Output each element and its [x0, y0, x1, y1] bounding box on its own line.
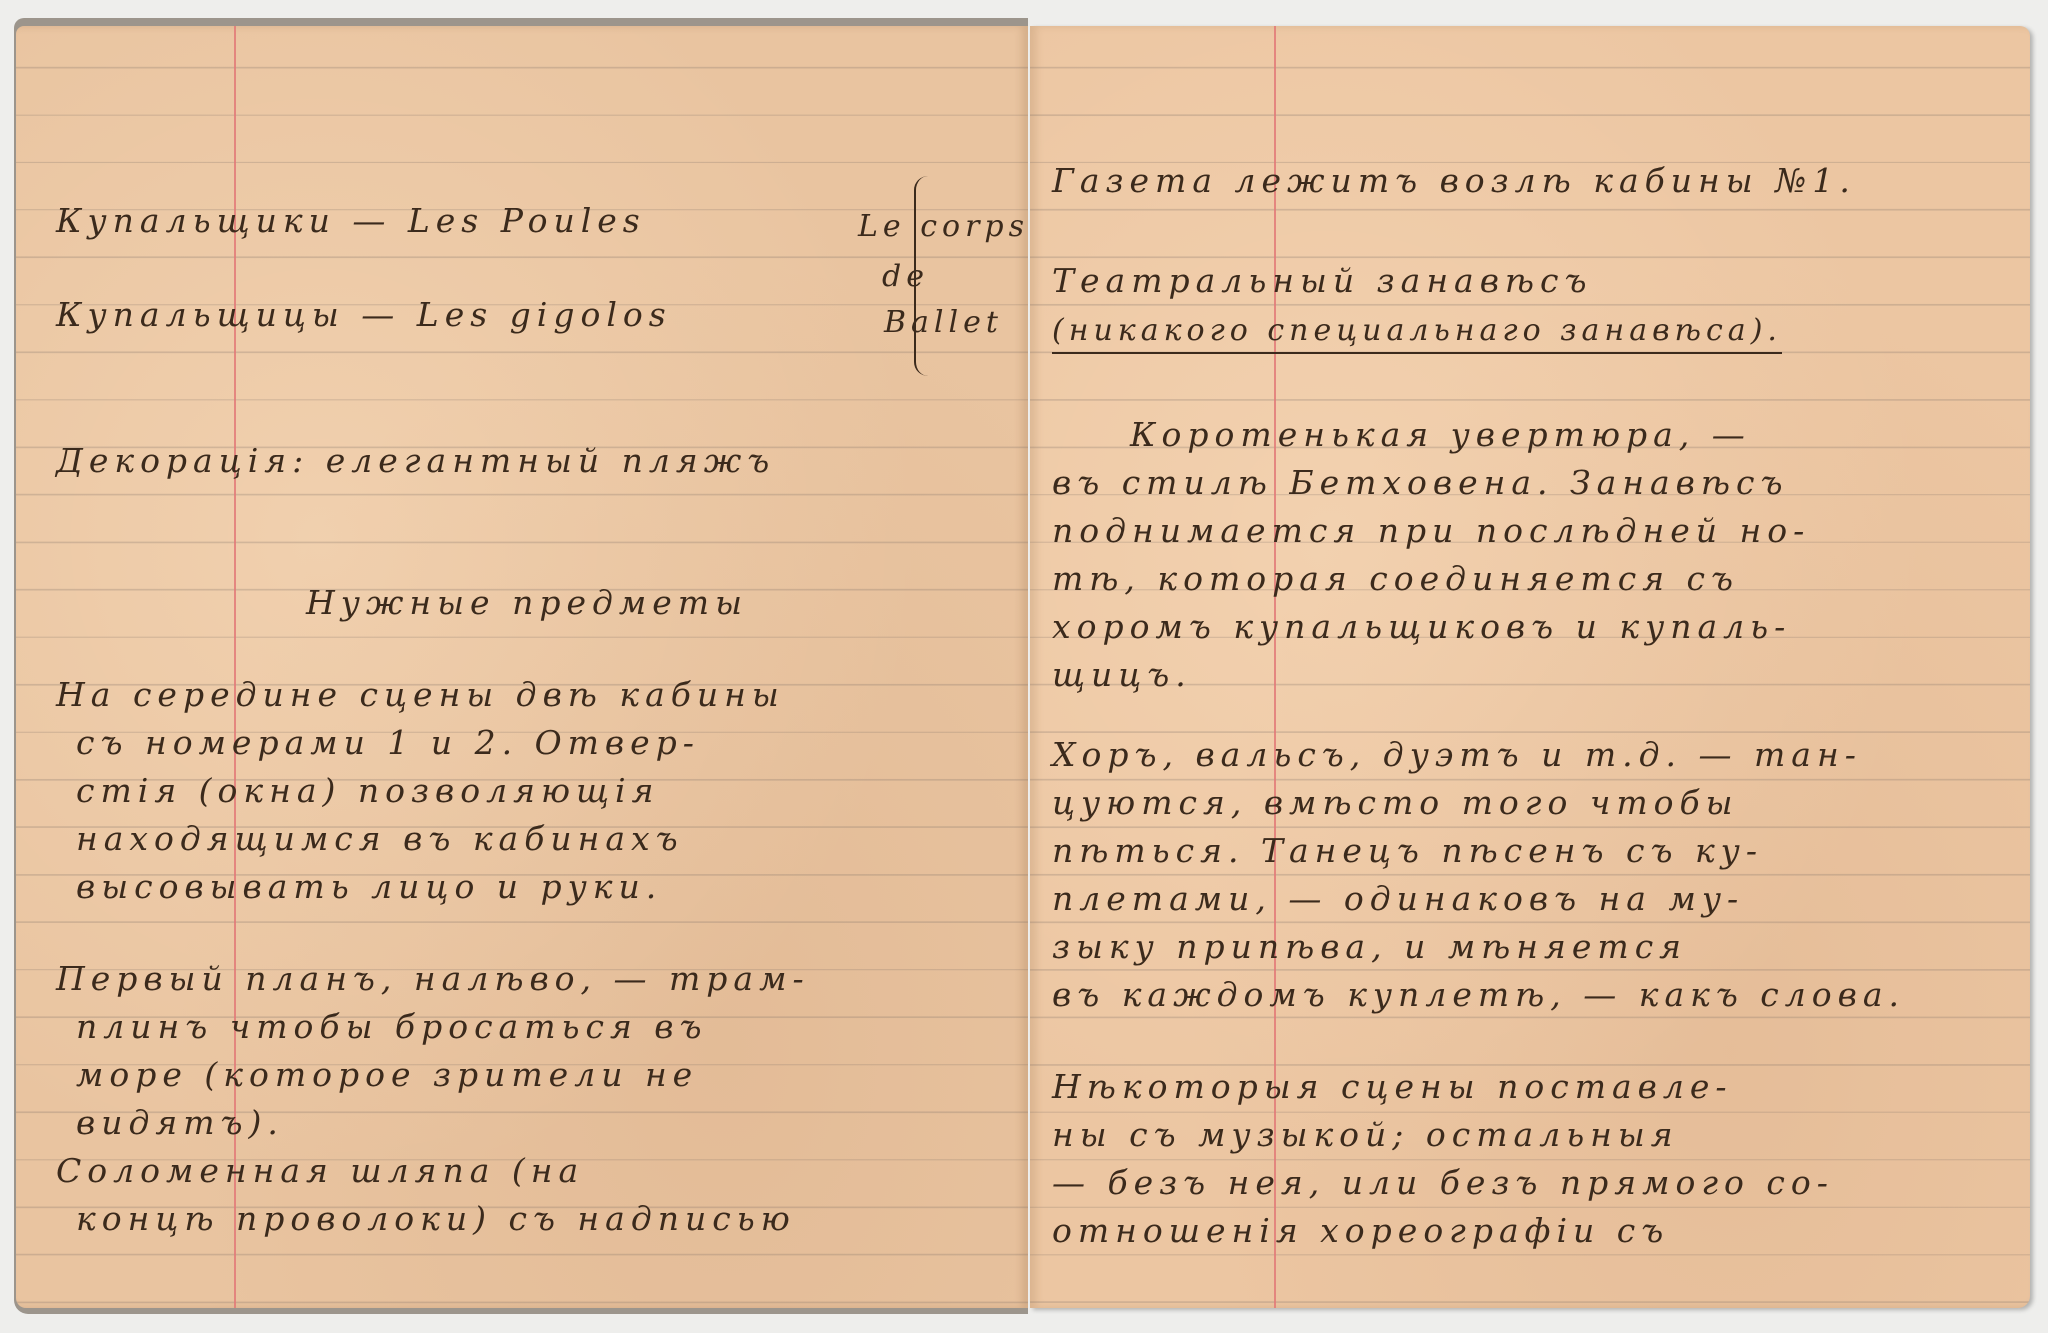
- text-line: На середине сцены двѣ кабины: [56, 678, 785, 711]
- cast-fr: Les gigolos: [417, 295, 672, 334]
- cast-group-line-2: de: [882, 262, 929, 292]
- text-line: плинъ чтобы бросаться въ: [76, 1010, 708, 1043]
- text-line: Первый планъ, налѣво, — трам-: [56, 962, 810, 995]
- text-line: съ номерами 1 и 2. Отвер-: [76, 726, 700, 759]
- text-line: Газета лежитъ возлѣ кабины №1.: [1052, 164, 1856, 197]
- text-line: пѣться. Танецъ пѣсенъ съ ку-: [1052, 834, 1763, 867]
- text-line: концѣ проволоки) съ надписью: [76, 1202, 796, 1235]
- cast-fr: Les Poules: [408, 201, 646, 240]
- cast-ru: Купальщицы: [56, 295, 345, 334]
- text-line: высовывать лицо и руки.: [76, 870, 662, 903]
- right-page: Газета лежитъ возлѣ кабины №1. Театральн…: [1030, 26, 2030, 1308]
- cast-line-2: Купальщицы — Les gigolos: [56, 298, 672, 331]
- text-line: щицъ.: [1052, 658, 1192, 691]
- text-line: Соломенная шляпа (на: [56, 1154, 584, 1187]
- text-line: Театральный занавѣсъ: [1052, 264, 1593, 297]
- text-line: тѣ, которая соединяется съ: [1052, 562, 1739, 595]
- text-line: — безъ нея, или безъ прямого со-: [1052, 1166, 1834, 1199]
- props-heading: Нужные предметы: [306, 586, 748, 619]
- text-line: поднимается при послѣдней но-: [1052, 514, 1810, 547]
- cast-group-line-3: Ballet: [884, 308, 1003, 338]
- text-line: въ стилѣ Бетховена. Занавѣсъ: [1052, 466, 1788, 499]
- text-line: въ каждомъ куплетѣ, — какъ слова.: [1052, 978, 1905, 1011]
- text-line: Хоръ, вальсъ, дуэтъ и т.д. — тан-: [1052, 738, 1862, 771]
- underlined-note: (никакого специальнаго занавѣса).: [1052, 316, 1782, 354]
- text-line: стія (окна) позволяющія: [76, 774, 659, 807]
- text-line: плетами, — одинаковъ на му-: [1052, 882, 1744, 915]
- left-page: Купальщики — Les Poules Купальщицы — Les…: [16, 26, 1028, 1308]
- text-line: Коротенькая увертюра, —: [1130, 418, 1751, 451]
- cast-ru: Купальщики: [56, 201, 336, 240]
- text-line: видятъ).: [76, 1106, 284, 1139]
- text-line: находящимся въ кабинахъ: [76, 822, 684, 855]
- text-line: море (которое зрители не: [76, 1058, 698, 1091]
- text-line: отношенія хореографіи съ: [1052, 1214, 1669, 1247]
- text-line: цуются, вмѣсто того чтобы: [1052, 786, 1739, 819]
- notebook-spread: Купальщики — Les Poules Купальщицы — Les…: [14, 18, 2036, 1318]
- scenery-line: Декорація: елегантный пляжъ: [56, 444, 775, 477]
- text-line: ны съ музыкой; остальныя: [1052, 1118, 1679, 1151]
- cast-line-1: Купальщики — Les Poules: [56, 204, 646, 237]
- cast-group-line-1: Le corps: [858, 212, 1028, 242]
- text-line: зыку припѣва, и мѣняется: [1052, 930, 1687, 963]
- text-line: хоромъ купальщиковъ и купаль-: [1052, 610, 1791, 643]
- text-line: Нѣкоторыя сцены поставле-: [1052, 1070, 1733, 1103]
